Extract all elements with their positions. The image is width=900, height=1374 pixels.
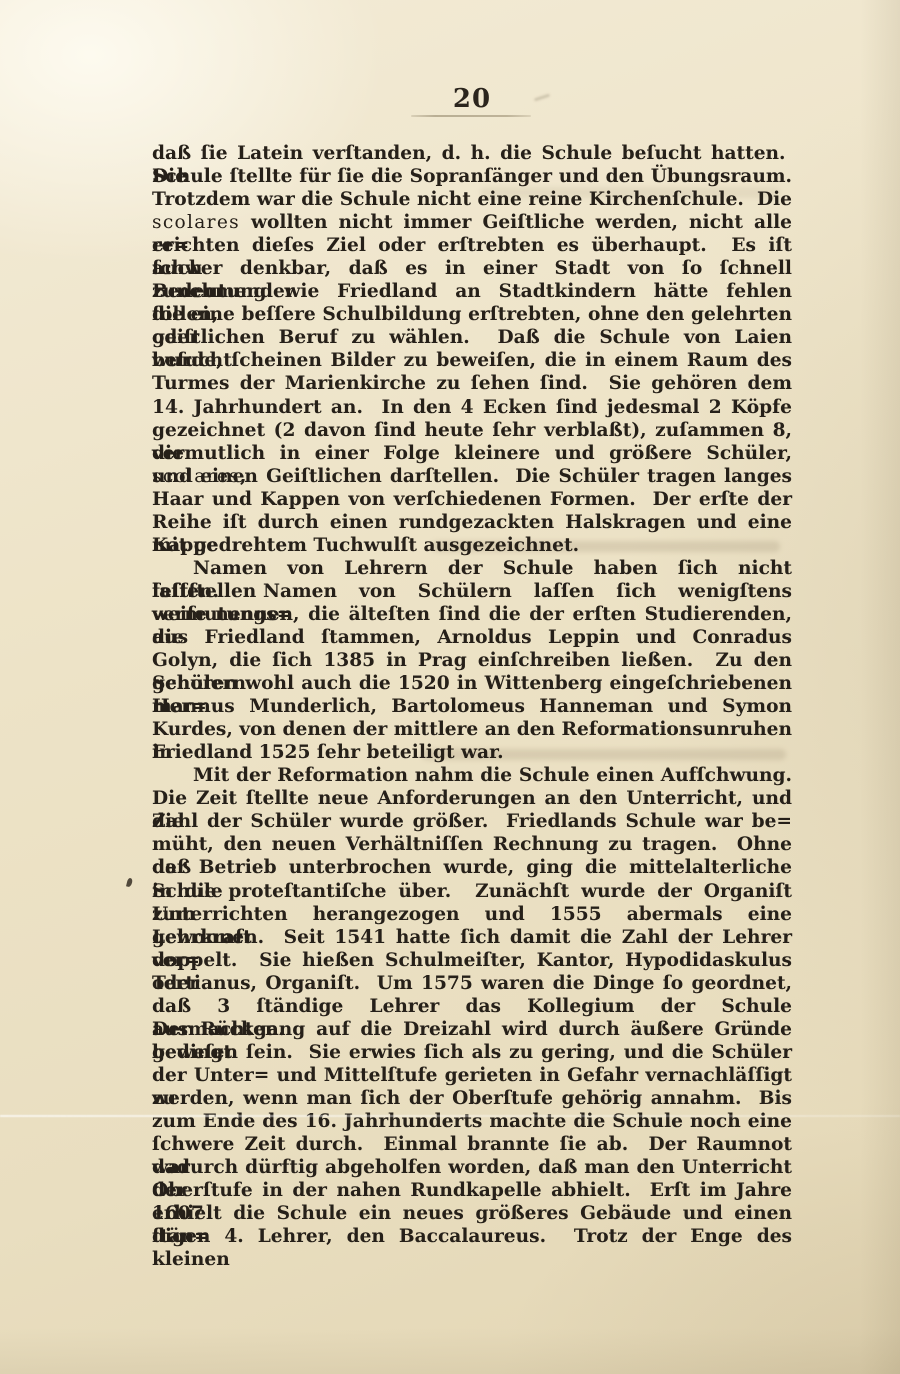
page-bottom-shading — [0, 1328, 900, 1374]
text-line: Bedeutung wie Friedland an Stadtkindern … — [152, 280, 792, 303]
text-line: wurde, ſcheinen Bilder zu beweiſen, die … — [152, 349, 792, 372]
text-line: Golyn, die ſich 1385 in Prag einſchreibe… — [152, 649, 792, 672]
text-line: Die Zeit ſtellte neue Anforderungen an d… — [152, 787, 792, 810]
text-line: die eine beſſere Schulbildung erſtrebten… — [152, 303, 792, 326]
text-line: müht, den neuen Verhältniſſen Rechnung z… — [152, 833, 792, 856]
text-line: scolares wollten nicht immer Geiſtliche … — [152, 211, 792, 234]
text-line: der Unter= und Mittelſtufe gerieten in G… — [152, 1064, 792, 1087]
text-line: dadurch dürftig abgeholfen worden, daß m… — [152, 1156, 792, 1179]
text-line: Schule ſtellte für ſie die Sopranſänger … — [152, 165, 792, 188]
header-rule — [411, 115, 531, 117]
antiqua-word: scolares — [152, 212, 240, 233]
text-line: der Betrieb unterbrochen wurde, ging die… — [152, 856, 792, 879]
text-line: aus Friedland ſtammen, Arnoldus Leppin u… — [152, 626, 792, 649]
paper-crease — [0, 1115, 900, 1117]
text-line: Mit der Reformation nahm die Schule eine… — [152, 764, 792, 787]
text-line: doppelt. Sie hießen Schulmeiſter, Kantor… — [152, 949, 792, 972]
text-line: mit gedrehtem Tuchwulſt ausgezeichnet. — [152, 534, 792, 557]
text-line: Turmes der Marienkirche zu ſehen ſind. S… — [152, 372, 792, 395]
text-line: gewonnen. Seit 1541 hatte ſich damit die… — [152, 926, 792, 949]
text-block: daß ſie Latein verſtanden, d. h. die Sch… — [152, 142, 792, 1248]
text-line: Der Rückgang auf die Dreizahl wird durch… — [152, 1018, 792, 1041]
text-line: vermutlich in einer Folge kleinere und g… — [152, 442, 792, 465]
text-line: in die proteſtantiſche über. Zunächſt wu… — [152, 880, 792, 903]
text-line: ſchwere Zeit durch. Einmal brannte ſie a… — [152, 1133, 792, 1156]
text-line: reichten dieſes Ziel oder erſtrebten es … — [152, 234, 792, 257]
text-line: geweſen ſein. Sie erwies ſich als zu ger… — [152, 1041, 792, 1064]
text-line: daß 3 ſtändige Lehrer das Kollegium der … — [152, 995, 792, 1018]
text-line: gehören wohl auch die 1520 in Wittenberg… — [152, 672, 792, 695]
text-line: mannus Munderlich, Bartolomeus Hanneman … — [152, 695, 792, 718]
text-line: Unterrichten herangezogen und 1555 aberm… — [152, 903, 792, 926]
text-line: Haar und Kappen von verſchiedenen Formen… — [152, 488, 792, 511]
text-line: 14. Jahrhundert an. In den 4 Ecken ſind … — [152, 396, 792, 419]
text-line: ſchwer denkbar, daß es in einer Stadt vo… — [152, 257, 792, 280]
text-line: werden, wenn man ſich der Oberſtufe gehö… — [152, 1087, 792, 1110]
text-line: digen 4. Lehrer, den Baccalaureus. Trotz… — [152, 1225, 792, 1248]
text-line: und einen Geiſtlichen darſtellen. Die Sc… — [152, 465, 792, 488]
text-line: erhielt die Schule ein neues größeres Ge… — [152, 1202, 792, 1225]
book-page-scan: 20 daß ſie Latein verſtanden, d. h. die … — [0, 0, 900, 1374]
text-line: gezeichnet (2 davon ſind heute ſehr verb… — [152, 419, 792, 442]
text-line: weiſe nennen, die älteſten ſind die der … — [152, 603, 792, 626]
page-number: 20 — [152, 84, 792, 114]
text-line: Oberſtufe in der nahen Rundkapelle abhie… — [152, 1179, 792, 1202]
text-line: geiſtlichen Beruf zu wählen. Daß die Sch… — [152, 326, 792, 349]
text-line: zum Ende des 16. Jahrhunderts machte die… — [152, 1110, 792, 1133]
text-line: Zahl der Schüler wurde größer. Friedland… — [152, 810, 792, 833]
text-line: Namen von Lehrern der Schule haben ſich … — [152, 557, 792, 580]
text-line: Tertianus, Organiſt. Um 1575 waren die D… — [152, 972, 792, 995]
text-line: Kurdes, von denen der mittlere an den Re… — [152, 718, 792, 741]
text-line: Friedland 1525 ſehr beteiligt war. — [152, 741, 792, 764]
page-edge-shading — [860, 0, 900, 1374]
text-line: Trotzdem war die Schule nicht eine reine… — [152, 188, 792, 211]
text-line: Reihe iſt durch einen rundgezackten Hals… — [152, 511, 792, 534]
text-line: daß ſie Latein verſtanden, d. h. die Sch… — [152, 142, 792, 165]
text-line: laſſen. Namen von Schülern laſſen ſich w… — [152, 580, 792, 603]
ink-speck — [126, 878, 133, 888]
